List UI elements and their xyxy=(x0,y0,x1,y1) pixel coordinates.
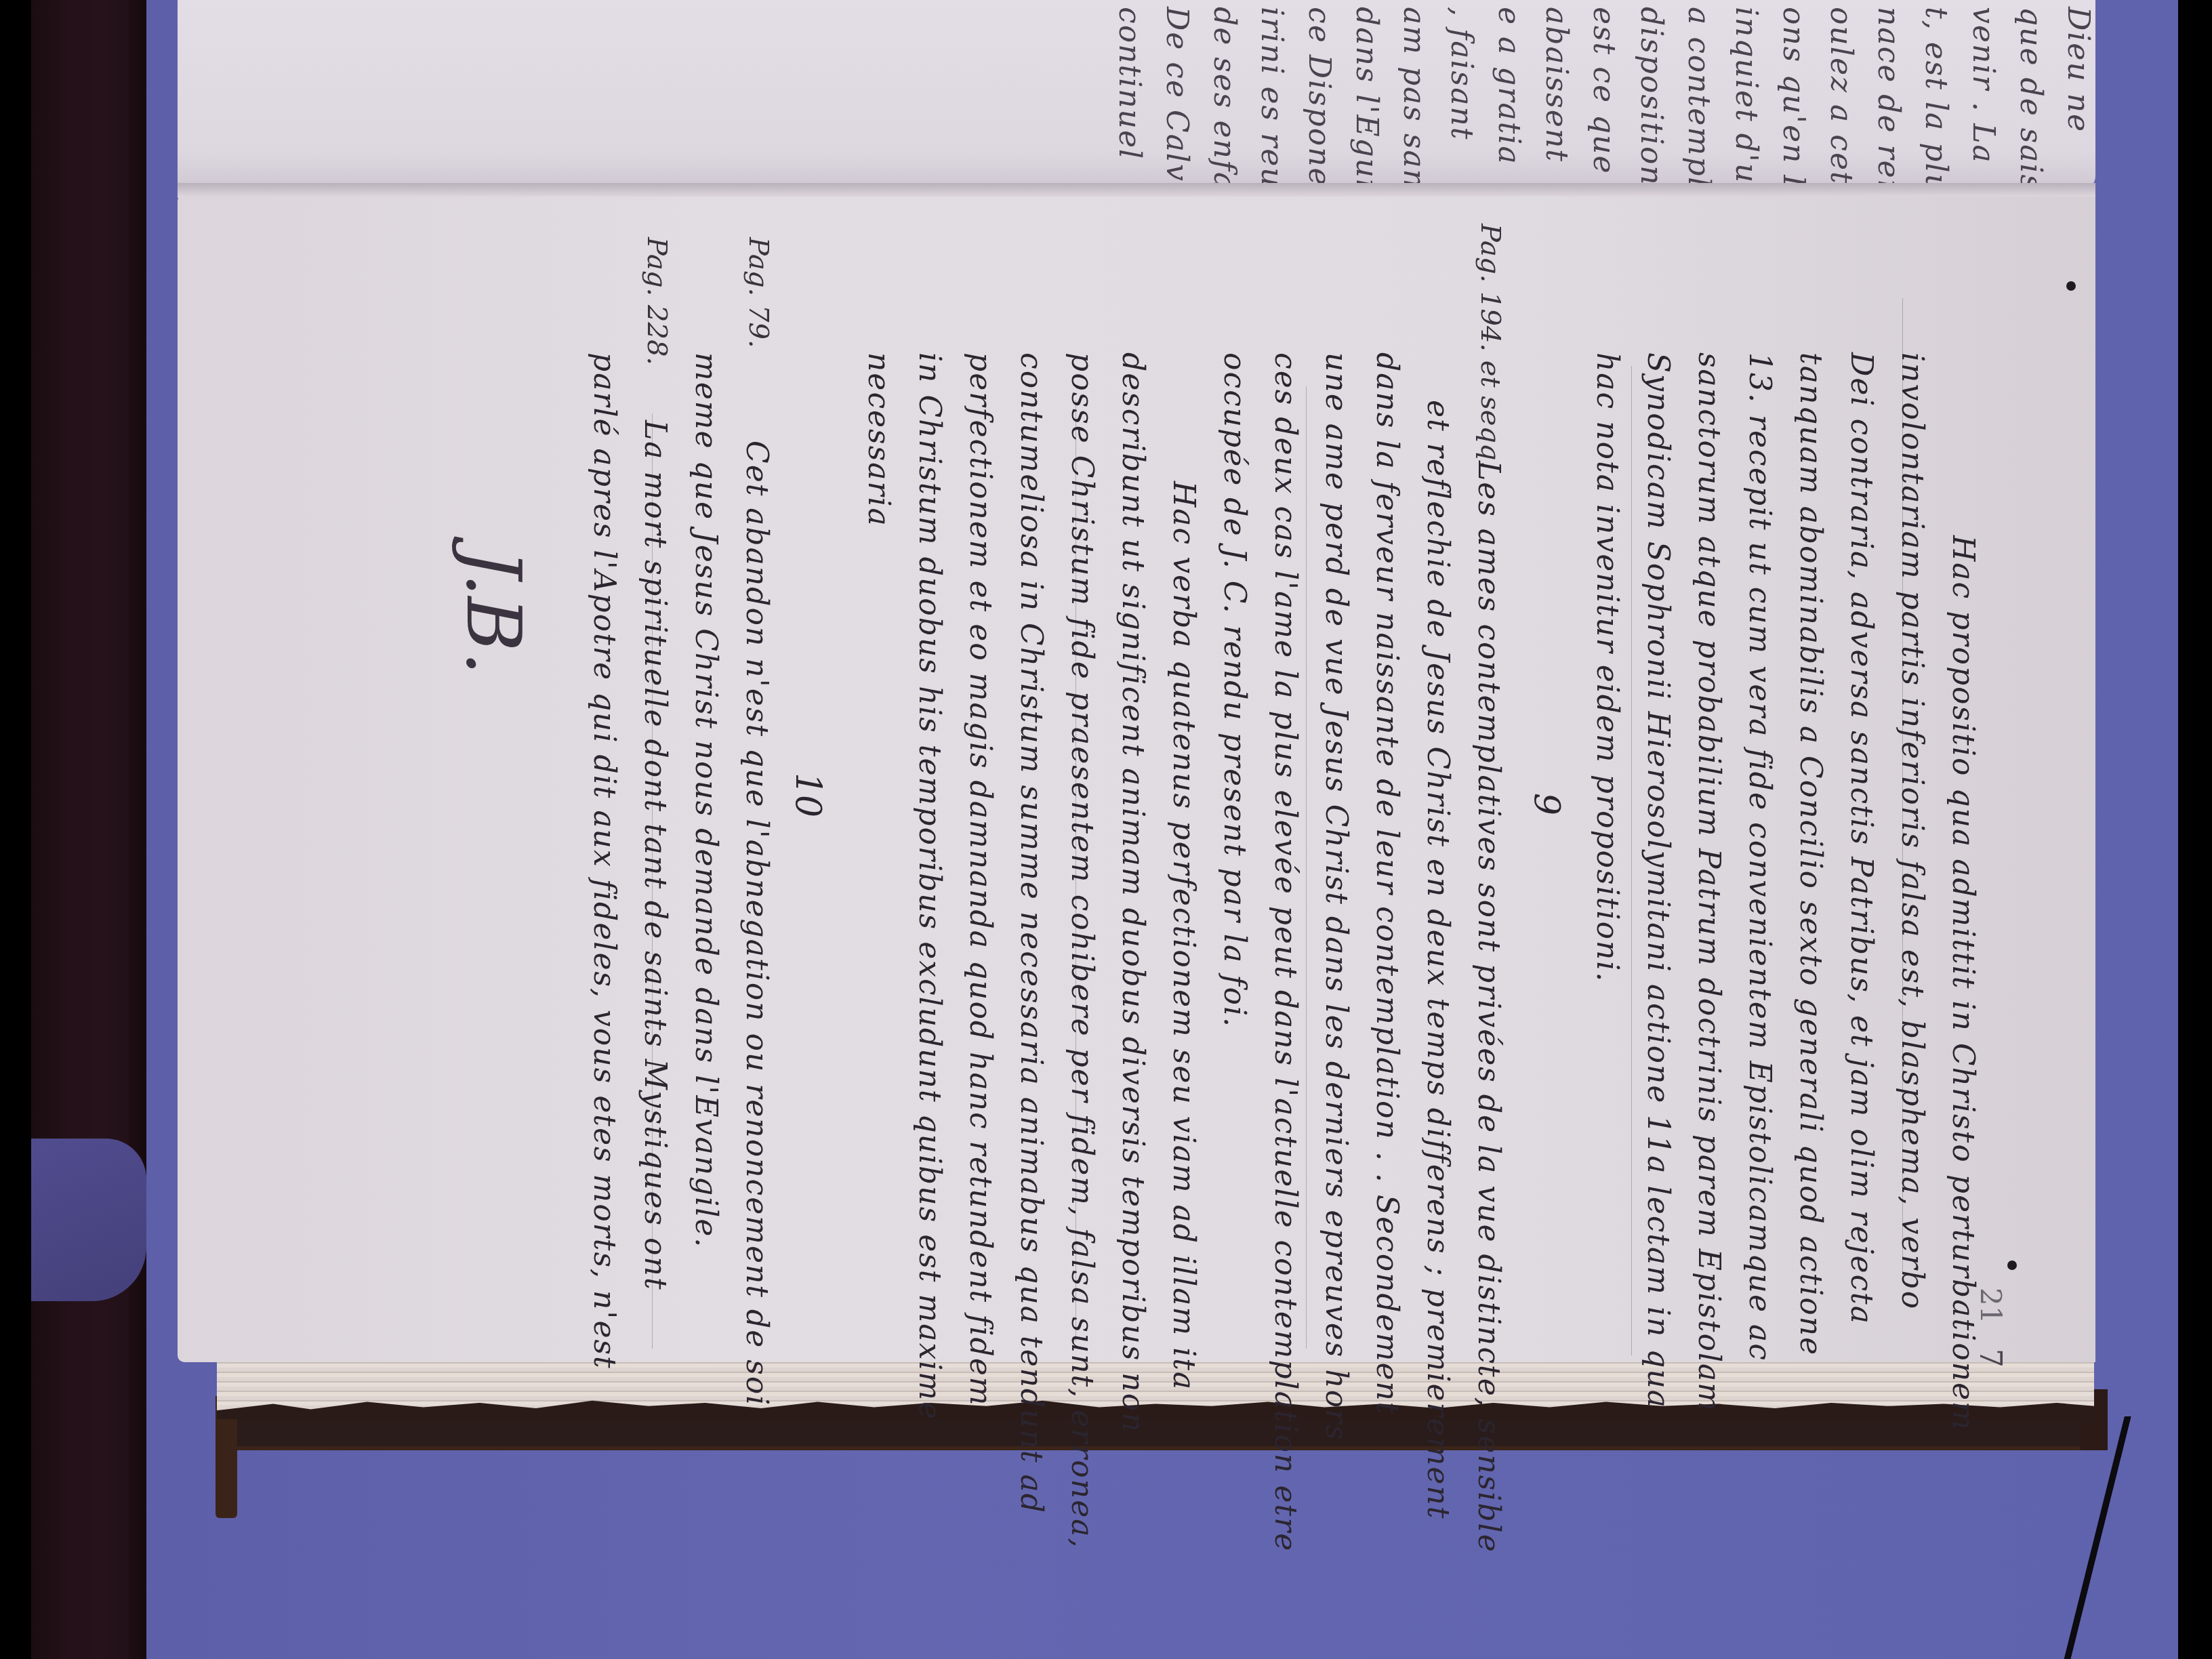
text-line: tanquam abominabilis a Concilio sexto ge… xyxy=(1793,352,1828,1356)
text-line: Hac propositio qua admittit in Christo p… xyxy=(1946,535,1980,1431)
facing-line: ce Disponez xyxy=(1302,7,1336,204)
text-line: meme que Jesus Christ nous demande dans … xyxy=(689,352,723,1248)
facing-line: t, est la plus xyxy=(1919,7,1953,211)
letterbox-right xyxy=(2178,0,2212,1659)
text-line: Les ames contemplatives sont privées de … xyxy=(1471,461,1506,1553)
facing-line: am pas sam, xyxy=(1397,7,1431,209)
cloth-fold xyxy=(31,1139,146,1301)
letterbox-left xyxy=(0,0,31,1659)
facing-line: continuel xyxy=(1112,7,1147,160)
margin-reference: Pag. 228. xyxy=(641,237,672,365)
text-line: involontariam partis inferioris falsa es… xyxy=(1895,352,1929,1310)
text-line: Hac verba quatenus perfectionem seu viam… xyxy=(1166,481,1201,1391)
text-line: in Christum duobus his temporibus exclud… xyxy=(912,352,947,1420)
ruled-line xyxy=(1306,386,1307,1349)
text-line: perfectionem et eo magis damnanda quod h… xyxy=(963,352,998,1407)
margin-reference: Pag. 79. xyxy=(743,237,774,348)
facing-line: a contempl xyxy=(1681,7,1716,188)
text-line: ces deux cas l'ame la plus elevée peut d… xyxy=(1268,352,1303,1552)
ruled-line xyxy=(1631,366,1632,1355)
facing-line: abaissent xyxy=(1539,7,1574,163)
text-line: une ame perd de vue Jesus Christ dans le… xyxy=(1319,352,1353,1441)
section-number: 10 xyxy=(787,773,828,817)
ink-dot xyxy=(2066,281,2076,291)
text-line: contumeliosa in Christum summe necessari… xyxy=(1014,352,1048,1514)
text-line: et reflechie de Jesus Christ en deux tem… xyxy=(1420,400,1455,1519)
text-line: hac nota invenitur eidem propositioni. xyxy=(1590,352,1624,983)
text-line: Cet abandon n'est que l'abnegation ou re… xyxy=(739,441,774,1406)
text-line: parlé apres l'Apotre qui dit aux fideles… xyxy=(587,352,621,1370)
facing-line: venir . La xyxy=(1966,7,2001,164)
book-gutter xyxy=(178,183,2095,198)
text-line: La mort spirituelle dont tant de saints … xyxy=(638,420,672,1291)
margin-reference: Pag. 194. et seqq. xyxy=(1475,224,1506,469)
ink-dot xyxy=(2007,1261,2017,1270)
facing-line: , faisant xyxy=(1444,7,1479,140)
facing-line: e a gratia xyxy=(1492,7,1526,165)
section-number: 9 xyxy=(1526,793,1567,815)
text-line: dans la ferveur naissante de leur contem… xyxy=(1370,352,1404,1415)
manuscript-page: 21 7 Hac propositio qua admittit in Chri… xyxy=(178,197,2095,1362)
text-line: 13. recepit ut cum vera fide conveniente… xyxy=(1742,352,1777,1361)
text-line: Dei contraria, adversa sanctis Patribus,… xyxy=(1844,352,1879,1325)
signature: J.B. xyxy=(450,549,537,675)
text-line: occupée de J. C. rendu present par la fo… xyxy=(1217,352,1252,1028)
text-line: Synodicam Sophronii Hierosolymitani acti… xyxy=(1641,352,1675,1409)
wooden-frame-inner xyxy=(61,0,129,1659)
text-line: describunt ut significent animam duobus … xyxy=(1115,352,1150,1433)
text-line: sanctorum atque probabilium Patrum doctr… xyxy=(1692,352,1726,1412)
facing-line: est ce que l xyxy=(1586,7,1621,197)
facing-page: Dieu ne que de saisir venir . La t, est … xyxy=(178,0,2095,190)
text-line: necessaria xyxy=(861,352,896,527)
facing-line: Dieu ne xyxy=(2061,7,2095,133)
text-line: posse Christum fide praesentem cohibere … xyxy=(1065,352,1099,1549)
